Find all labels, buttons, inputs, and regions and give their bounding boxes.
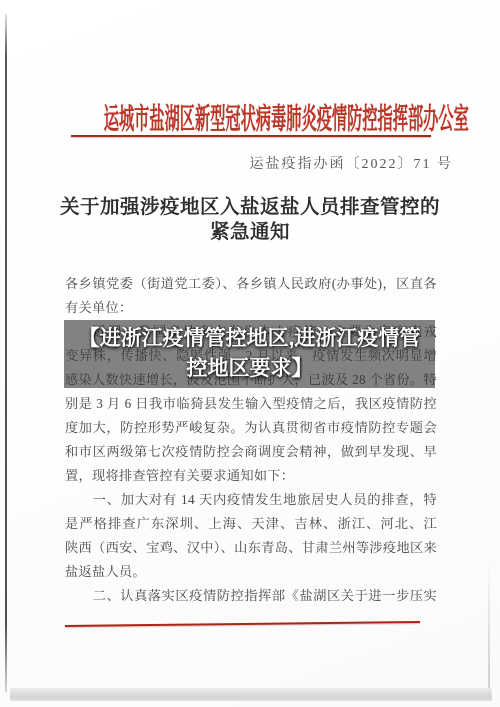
body-line: 置，现将排查管控有关要求通知如下： — [65, 464, 437, 488]
page-bottom-shadow — [10, 688, 492, 701]
body-line: 盐返盐人员。 — [65, 560, 437, 584]
body-line: 和市区两级第七次疫情防控会商调度会精神，做到早发现、早处 — [65, 440, 437, 464]
caption-overlay: 【进浙江疫情管控地区,进浙江疫情管 控地区要求】 — [64, 320, 435, 388]
body-line: 陕西（西安、宝鸡、汉中）、山东青岛、甘肃兰州等涉疫地区来 — [65, 536, 437, 560]
body-line: 一、加大对有 14 天内疫情发生地旅居史人员的排查，特别 — [65, 488, 437, 512]
scanned-notice-photo: 运城市盐湖区新型冠状病毒肺炎疫情防控指挥部办公室 运盐疫指办函〔2022〕71 … — [0, 0, 500, 707]
caption-line2: 控地区要求】 — [187, 354, 313, 384]
notice-title: 关于加强涉疫地区入盐返盐人员排查管控的 紧急通知 — [0, 195, 500, 245]
page-right-edge — [488, 560, 490, 695]
caption-line1: 【进浙江疫情管控地区,进浙江疫情管 — [79, 324, 421, 354]
body-line: 度加大，防控形势严峻复杂。为认真贯彻省市疫情防控专题会议 — [65, 416, 437, 440]
agency-header: 运城市盐湖区新型冠状病毒肺炎疫情防控指挥部办公室 — [104, 96, 397, 137]
notice-title-line1: 关于加强涉疫地区入盐返盐人员排查管控的 — [0, 195, 500, 220]
body-line: 别是 3 月 6 日我市临猗县发生输入型疫情之后，我区疫情防控难 — [65, 392, 437, 416]
document-number: 运盐疫指办函〔2022〕71 号 — [0, 153, 453, 173]
body-line: 是严格排查广东深圳、上海、天津、吉林、浙江、河北、江苏、 — [65, 512, 437, 536]
body-line: 二、认真落实区疫情防控指挥部《盐湖区关于进一步压实责 — [65, 584, 437, 608]
body-line: 有关单位： — [65, 296, 437, 320]
header-underline — [71, 135, 431, 137]
notice-title-line2: 紧急通知 — [0, 220, 500, 245]
footer-red-rule — [65, 621, 420, 627]
body-line: 各乡镇党委（街道党工委）、各乡镇人民政府(办事处)，区直各 — [65, 272, 437, 296]
scan-edge-line — [5, 14, 7, 692]
